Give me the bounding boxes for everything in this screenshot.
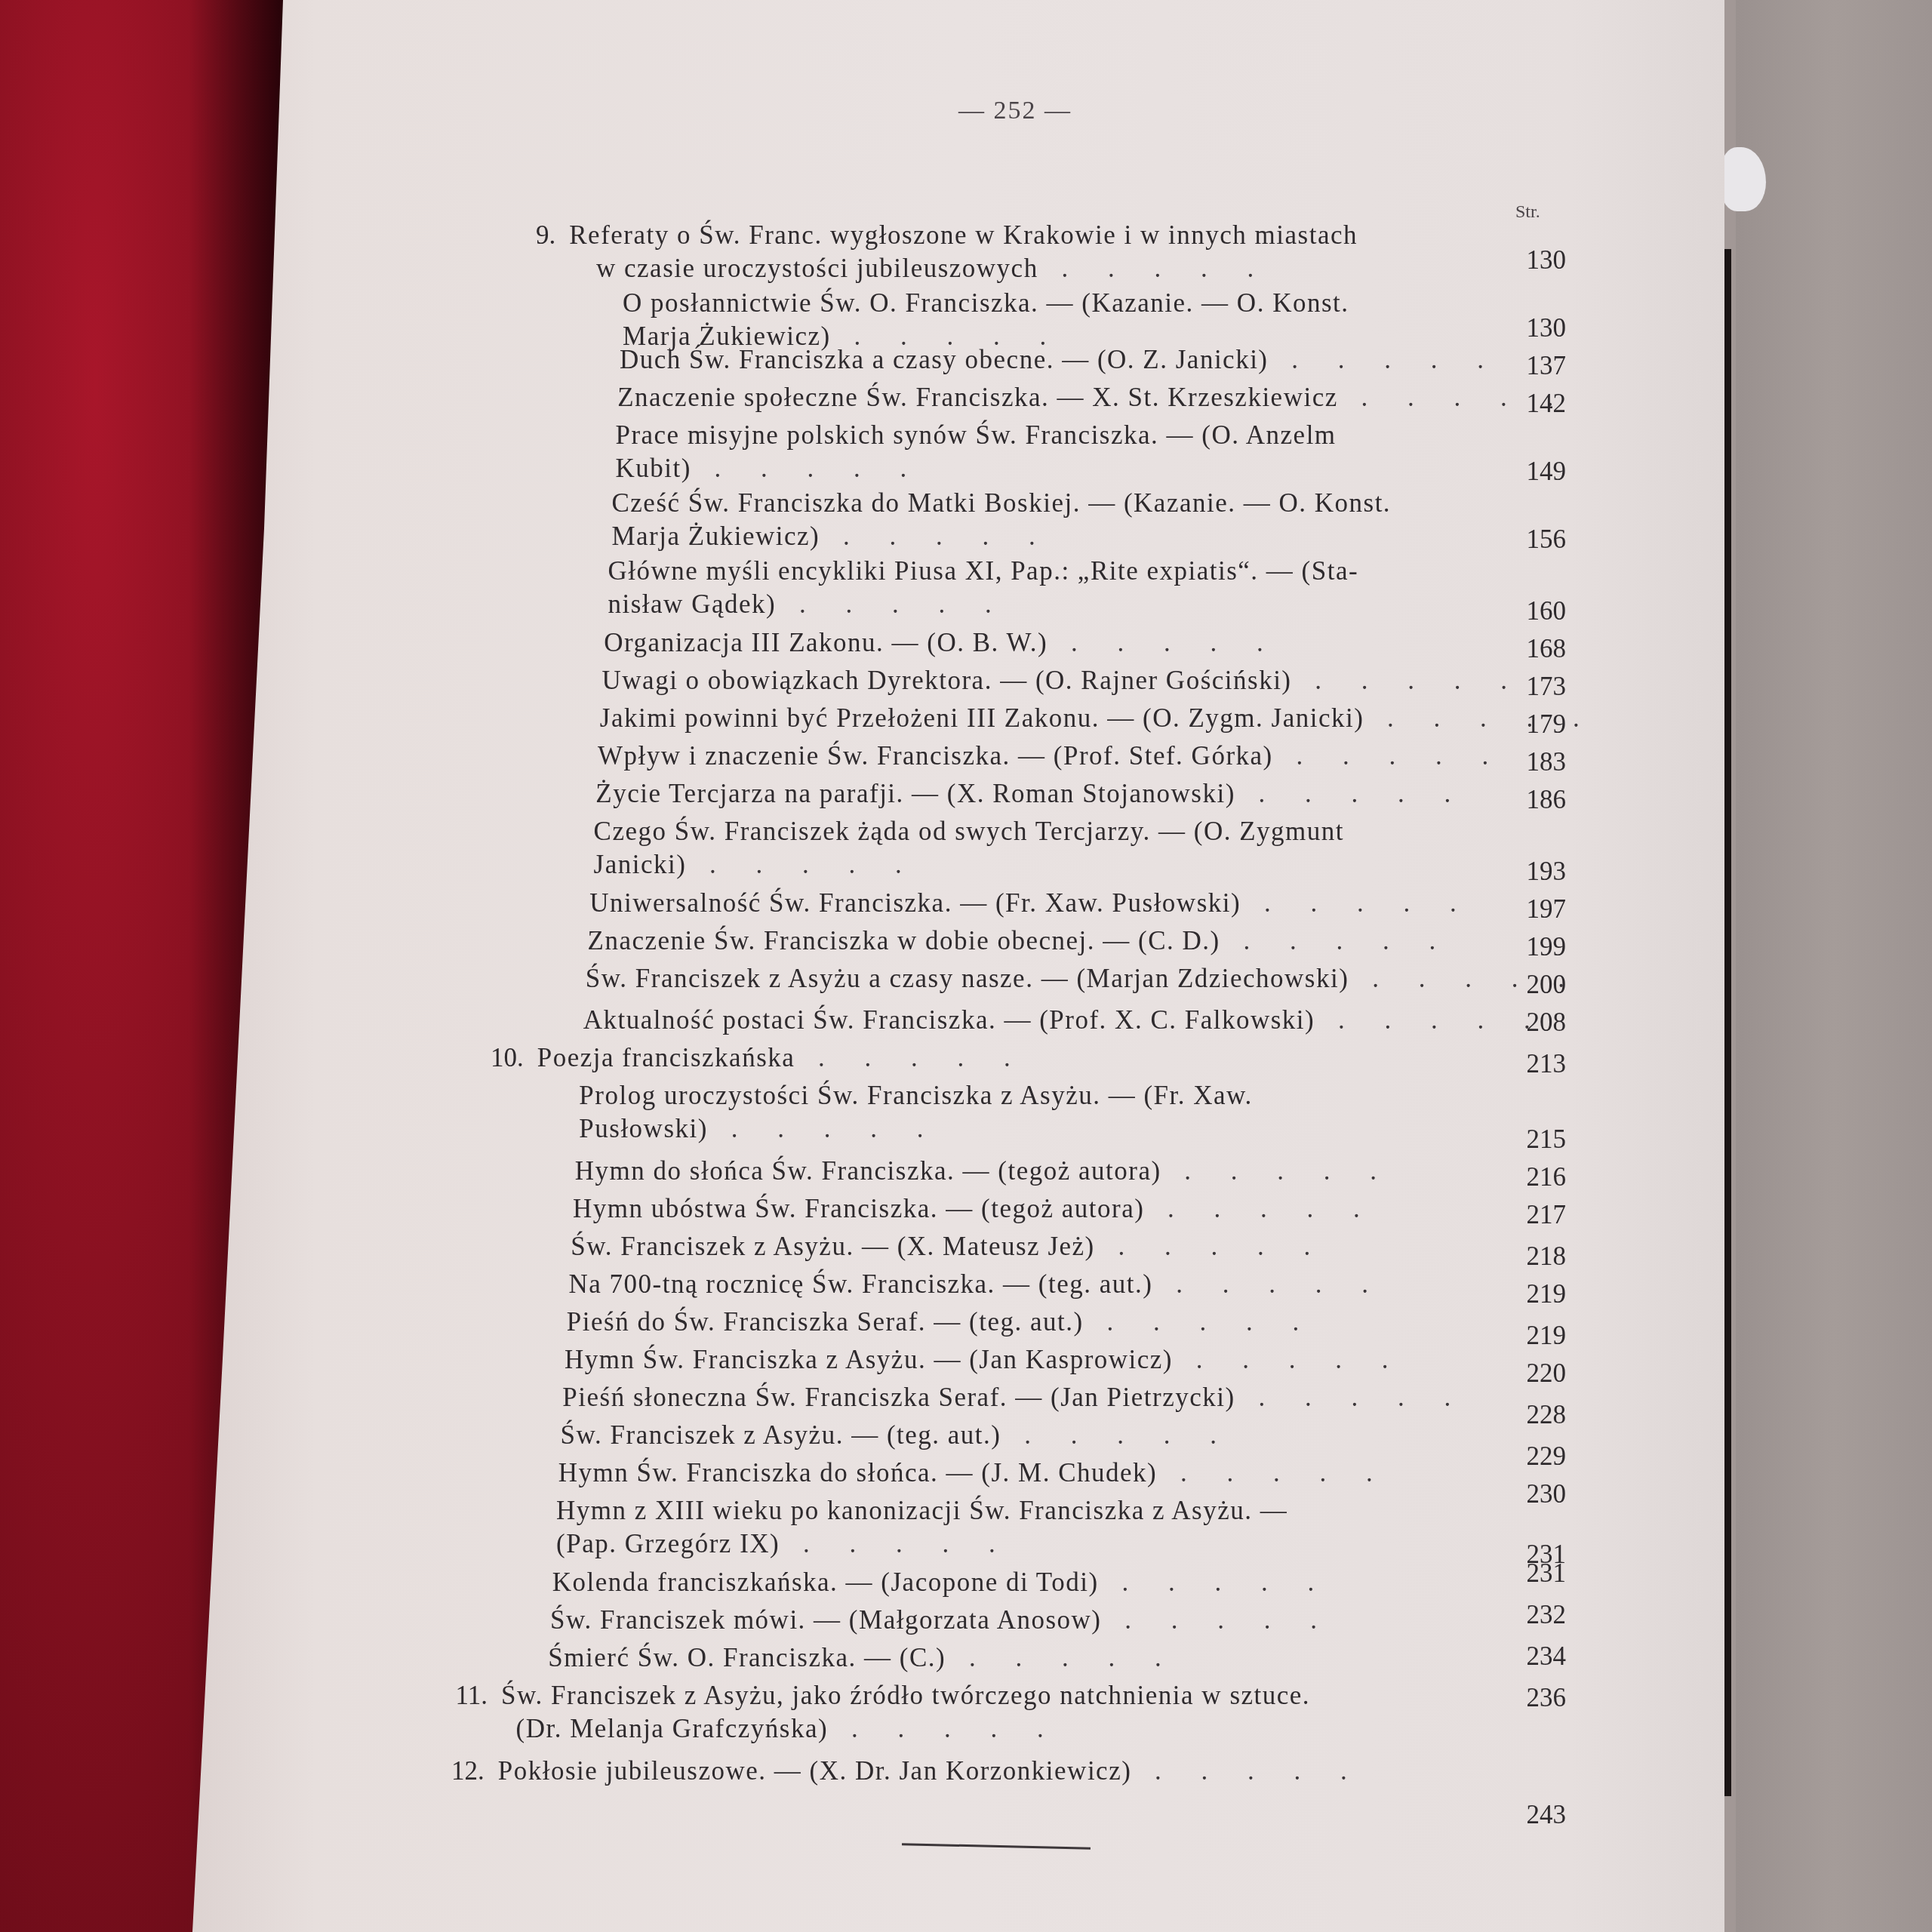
entry-page-number: 243 [1513, 1800, 1566, 1830]
entry-title: Hymn z XIII wieku po kanonizacji Św. Fra… [556, 1496, 1287, 1525]
leader-dots: . . . . . [776, 589, 1008, 619]
toc-entry: Główne myśli encykliki Piusa XI, Pap.: „… [608, 555, 1359, 621]
entry-page-number: 208 [1513, 1008, 1566, 1038]
leader-dots: . . . . . [1273, 741, 1506, 771]
section-number: 10. [491, 1041, 524, 1075]
toc-entry: Kolenda franciszkańska. — (Jacopone di T… [552, 1566, 1331, 1599]
entry-page-number: 220 [1513, 1358, 1566, 1389]
entry-page-number: 228 [1513, 1400, 1566, 1430]
entry-title: Uwagi o obowiązkach Dyrektora. — (O. Raj… [602, 666, 1524, 695]
toc-entry: Śmierć Św. O. Franciszka. — (C.) . . . .… [548, 1641, 1177, 1675]
entry-title-continuation: Janicki) . . . . . [594, 848, 1344, 881]
leader-dots: . . . . . [1144, 1194, 1377, 1223]
leader-dots: . . . . . [1102, 1605, 1334, 1635]
leader-dots: . . . . . [1001, 1420, 1233, 1450]
toc-section: 11.Św. Franciszek z Asyżu, jako źródło t… [456, 1679, 1311, 1746]
toc-entry: Znaczenie Św. Franciszka w dobie obecnej… [588, 924, 1453, 958]
entry-title: Cześć Św. Franciszka do Matki Boskiej. —… [611, 488, 1391, 518]
toc-entry: Hymn do słońca Św. Franciszka. — (tegoż … [575, 1155, 1393, 1188]
entry-title: Św. Franciszek z Asyżu, jako źródło twór… [501, 1681, 1310, 1710]
entry-page-number: 213 [1513, 1049, 1566, 1079]
entry-page-number: 219 [1513, 1279, 1566, 1309]
entry-title: Hymn do słońca Św. Franciszka. — (tegoż … [575, 1156, 1393, 1186]
entry-title: Główne myśli encykliki Piusa XI, Pap.: „… [608, 556, 1359, 586]
toc-entry: Cześć Św. Franciszka do Matki Boskiej. —… [611, 487, 1391, 553]
toc-entry: Prace misyjne polskich synów Św. Francis… [615, 419, 1336, 485]
entry-title: Pokłosie jubileuszowe. — (X. Dr. Jan Kor… [498, 1756, 1364, 1786]
entry-title: Hymn ubóstwa Św. Franciszka. — (tegoż au… [573, 1194, 1377, 1223]
entry-title: Św. Franciszek z Asyżu. — (X. Mateusz Je… [571, 1232, 1327, 1261]
entry-page-number: 199 [1513, 932, 1566, 962]
entry-page-number: 173 [1513, 672, 1566, 702]
entry-title: Św. Franciszek z Asyżu. — (teg. aut.) . … [561, 1420, 1233, 1450]
entry-title: Hymn Św. Franciszka do słońca. — (J. M. … [558, 1458, 1389, 1487]
entry-title: Organizacja III Zakonu. — (O. B. W.) . .… [604, 628, 1279, 657]
toc-entry: Prolog uroczystości Św. Franciszka z Asy… [579, 1079, 1253, 1146]
leader-dots: . . . . . [1220, 926, 1453, 955]
entry-title: Hymn Św. Franciszka z Asyżu. — (Jan Kasp… [565, 1345, 1404, 1374]
entry-page-number: 234 [1513, 1641, 1566, 1672]
entry-page-number: 200 [1513, 970, 1566, 1000]
entry-title: Wpływ i znaczenie Św. Franciszka. — (Pro… [598, 741, 1505, 771]
toc-entry: Hymn ubóstwa Św. Franciszka. — (tegoż au… [573, 1192, 1377, 1226]
leader-dots: . . . . . [780, 1529, 1012, 1558]
entry-title: Czego Św. Franciszek żąda od swych Tercj… [594, 817, 1344, 846]
entry-title: Poezja franciszkańska . . . . . [537, 1043, 1027, 1072]
toc-entry: Św. Franciszek z Asyżu a czasy nasze. — … [586, 962, 1581, 995]
entry-title: Znaczenie Św. Franciszka w dobie obecnej… [588, 926, 1453, 955]
toc-entry: Uwagi o obowiązkach Dyrektora. — (O. Raj… [602, 664, 1524, 697]
toc-section: 10.Poezja franciszkańska . . . . . [491, 1041, 1027, 1075]
leader-dots: . . . . . [1084, 1307, 1316, 1337]
entry-page-number: 230 [1513, 1479, 1566, 1509]
leader-dots: . . . . . [1157, 1458, 1389, 1487]
leader-dots: . . . . . [1235, 779, 1468, 808]
toc-section: 9.Referaty o Św. Franc. wygłoszone w Kra… [536, 219, 1358, 285]
leader-dots: . . . . . [1173, 1345, 1405, 1374]
entry-title-continuation: (Dr. Melanja Grafczyńska) . . . . . [456, 1712, 1311, 1746]
toc-entry: Na 700-tną rocznicę Św. Franciszka. — (t… [569, 1268, 1385, 1301]
entry-page-number: 232 [1513, 1600, 1566, 1630]
toc-entry: Św. Franciszek z Asyżu. — (teg. aut.) . … [561, 1419, 1233, 1452]
section-number: 12. [451, 1755, 485, 1788]
entry-page-number: 218 [1513, 1241, 1566, 1272]
entry-title: Aktualność postaci Św. Franciszka. — (Pr… [583, 1005, 1547, 1035]
leader-dots: . . . . . [820, 521, 1052, 551]
leader-dots: . . . . . [1269, 345, 1501, 374]
toc-entry: Znaczenie społeczne Św. Franciszka. — X.… [617, 381, 1570, 414]
leader-dots: . . . . . [1099, 1567, 1331, 1597]
leader-dots: . . . . . [1131, 1756, 1364, 1786]
toc-entry: Hymn Św. Franciszka do słońca. — (J. M. … [558, 1457, 1389, 1490]
toc-entry: Pieśń słoneczna Św. Franciszka Seraf. — … [562, 1381, 1467, 1414]
toc-entry: Wpływ i znaczenie Św. Franciszka. — (Pro… [598, 740, 1505, 773]
entry-page-number: 219 [1513, 1321, 1566, 1351]
entry-page-number: 130 [1513, 313, 1566, 343]
leader-dots: . . . . . [1292, 666, 1524, 695]
entry-page-number: 168 [1513, 634, 1566, 664]
table-of-contents: 9.Referaty o Św. Franc. wygłoszone w Kra… [0, 0, 1932, 1932]
leader-dots: . . . . . [1161, 1156, 1394, 1186]
entry-page-number: 183 [1513, 747, 1566, 777]
entry-title: Znaczenie społeczne Św. Franciszka. — X.… [617, 383, 1570, 412]
toc-entry: Życie Tercjarza na parafji. — (X. Roman … [595, 777, 1467, 811]
entry-title: Kolenda franciszkańska. — (Jacopone di T… [552, 1567, 1331, 1597]
toc-entry: Organizacja III Zakonu. — (O. B. W.) . .… [604, 626, 1279, 660]
leader-dots: . . . . . [946, 1643, 1178, 1672]
toc-entry: Duch Św. Franciszka a czasy obecne. — (O… [620, 343, 1500, 377]
entry-title: Pieśń słoneczna Św. Franciszka Seraf. — … [562, 1383, 1467, 1412]
entry-page-number: 130 [1513, 245, 1566, 275]
toc-entry: Pieśń do Św. Franciszka Seraf. — (teg. a… [567, 1306, 1315, 1339]
entry-title-continuation: Kubit) . . . . . [615, 452, 1336, 485]
entry-title: Uniwersalność Św. Franciszka. — (Fr. Xaw… [589, 888, 1472, 918]
leader-dots: . . . . . [828, 1714, 1060, 1743]
entry-title: Życie Tercjarza na parafji. — (X. Roman … [595, 779, 1467, 808]
toc-entry: Jakimi powinni być Przełożeni III Zakonu… [600, 702, 1596, 735]
entry-page-number: 215 [1513, 1124, 1566, 1155]
leader-dots: . . . . . [795, 1043, 1027, 1072]
entry-title-continuation: Marja Żukiewicz) . . . . . [611, 520, 1391, 553]
entry-page-number: 142 [1513, 389, 1566, 419]
entry-title: Referaty o Św. Franc. wygłoszone w Krako… [569, 220, 1358, 250]
entry-title: Śmierć Św. O. Franciszka. — (C.) . . . .… [548, 1643, 1177, 1672]
entry-title: Prace misyjne polskich synów Św. Francis… [615, 420, 1336, 450]
toc-entry: Czego Św. Franciszek żąda od swych Tercj… [594, 815, 1344, 881]
entry-page-number: 197 [1513, 894, 1566, 924]
entry-title-continuation: Pusłowski) . . . . . [579, 1112, 1253, 1146]
entry-page-number: 156 [1513, 525, 1566, 555]
entry-page-number: 149 [1513, 457, 1566, 487]
toc-entry: Hymn z XIII wieku po kanonizacji Św. Fra… [556, 1494, 1287, 1561]
entry-title: Jakimi powinni być Przełożeni III Zakonu… [600, 703, 1596, 733]
entry-page-number: 217 [1513, 1200, 1566, 1230]
entry-title: Na 700-tną rocznicę Św. Franciszka. — (t… [569, 1269, 1385, 1299]
section-number: 9. [536, 219, 555, 252]
leader-dots: . . . . . [1152, 1269, 1385, 1299]
entry-title-continuation: nisław Gądek) . . . . . [608, 588, 1359, 621]
entry-page-number: 186 [1513, 785, 1566, 815]
leader-dots: . . . . . [686, 850, 918, 879]
entry-title: Św. Franciszek z Asyżu a czasy nasze. — … [586, 964, 1581, 993]
entry-page-number: 236 [1513, 1683, 1566, 1713]
entry-page-number: 137 [1513, 351, 1566, 381]
toc-section: 12.Pokłosie jubileuszowe. — (X. Dr. Jan … [451, 1755, 1364, 1788]
leader-dots: . . . . . [1241, 888, 1473, 918]
leader-dots: . . . . . [1315, 1005, 1547, 1035]
entry-page-number: 216 [1513, 1162, 1566, 1192]
toc-entry: Św. Franciszek z Asyżu. — (X. Mateusz Je… [571, 1230, 1327, 1263]
toc-entry: Św. Franciszek mówi. — (Małgorzata Anoso… [550, 1604, 1334, 1637]
entry-title-continuation: w czasie uroczystości jubileuszowych . .… [536, 252, 1358, 285]
entry-page-number: 160 [1513, 596, 1566, 626]
leader-dots: . . . . . [708, 1114, 940, 1143]
entry-title: Duch Św. Franciszka a czasy obecne. — (O… [620, 345, 1500, 374]
entry-page-number: 231 [1513, 1558, 1566, 1589]
leader-dots: . . . . . [691, 454, 924, 483]
toc-entry: Hymn Św. Franciszka z Asyżu. — (Jan Kasp… [565, 1343, 1404, 1377]
entry-page-number: 193 [1513, 857, 1566, 887]
leader-dots: . . . . . [1095, 1232, 1327, 1261]
entry-title: O posłannictwie Św. O. Franciszka. — (Ka… [623, 288, 1349, 318]
toc-entry: Aktualność postaci Św. Franciszka. — (Pr… [583, 1004, 1547, 1037]
entry-page-number: 229 [1513, 1441, 1566, 1472]
leader-dots: . . . . . [1048, 628, 1280, 657]
entry-title: Prolog uroczystości Św. Franciszka z Asy… [579, 1081, 1253, 1110]
entry-title: Św. Franciszek mówi. — (Małgorzata Anoso… [550, 1605, 1334, 1635]
entry-title-continuation: (Pap. Grzegórz IX) . . . . . [556, 1527, 1287, 1561]
section-number: 11. [456, 1679, 488, 1712]
toc-entry: Uniwersalność Św. Franciszka. — (Fr. Xaw… [589, 887, 1472, 920]
entry-page-number: 179 [1513, 709, 1566, 740]
entry-title: Pieśń do Św. Franciszka Seraf. — (teg. a… [567, 1307, 1315, 1337]
leader-dots: . . . . . [1235, 1383, 1468, 1412]
leader-dots: . . . . . [1038, 254, 1271, 283]
